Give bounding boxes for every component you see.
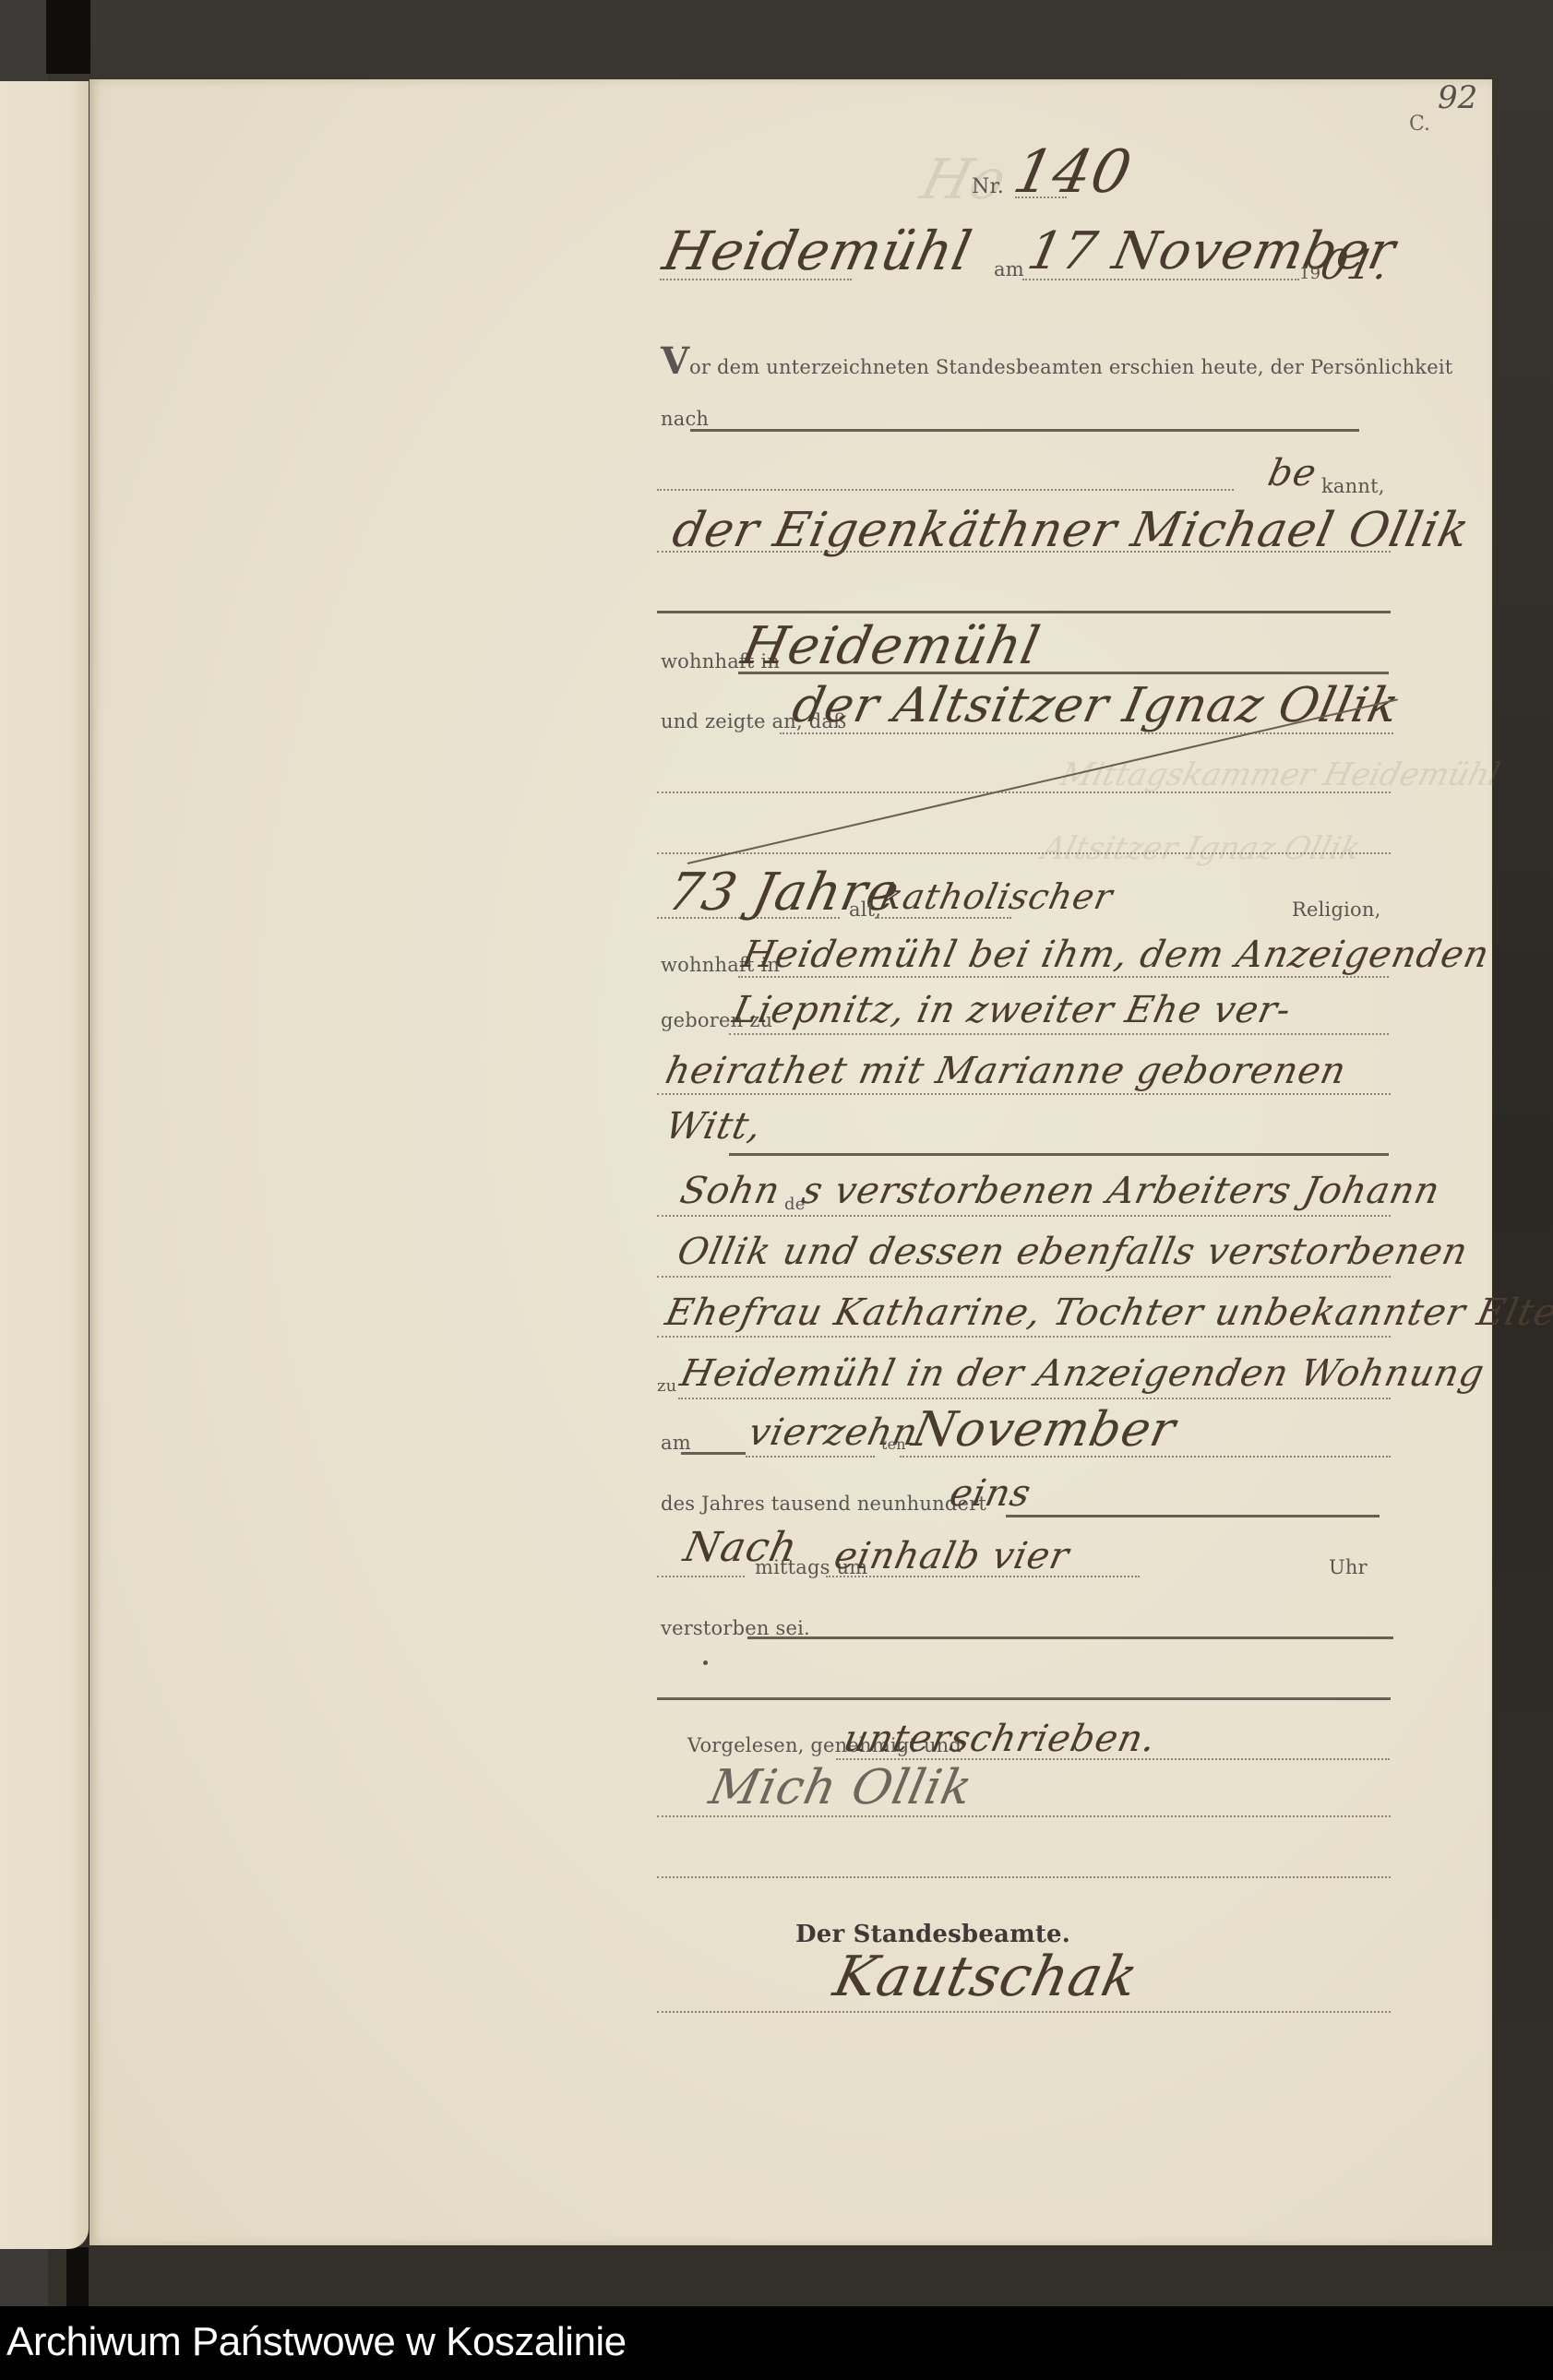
blank-signature-line [657,1876,1391,1878]
record-number-label: Nr. [972,175,1004,198]
intro-dropcap: V [661,339,689,383]
death-date-label: am [661,1432,691,1454]
archive-name: Archiwum Państwowe w Koszalinie [6,2319,627,2365]
separator-line [657,611,1391,613]
end-line [657,1697,1391,1700]
bekannt-handwriting: be [1264,452,1320,494]
religion-line [875,917,1011,919]
registrar-signature: Kautschak [829,1945,1144,2009]
spouse-name-line [729,1153,1389,1156]
book-spine-bottom [66,2247,89,2306]
intro-paragraph: Vor dem unterzeichneten Standesbeamten e… [661,339,1452,383]
parents-text-3: Ehefrau Katharine, Tochter unbekannter E… [662,1291,1553,1334]
parents-text-1: s verstorbenen Arbeiters Johann [798,1170,1444,1212]
deceased-residence: Heidemühl bei ihm, dem Anzeigenden [738,934,1493,976]
record-place: Heidemühl [658,220,978,282]
death-month: November [908,1402,1181,1458]
parents-line-2 [657,1276,1391,1278]
residence-value: Heidemühl [736,616,1045,676]
bekannt-label: kannt, [1321,475,1385,497]
registrar-signature-line [657,2011,1391,2013]
death-hour: einhalb vier [830,1535,1073,1577]
informant-signature-line [657,1815,1391,1817]
parents-line-3 [657,1336,1391,1338]
death-day-line [746,1456,875,1458]
time-of-day-line [657,1576,745,1577]
signed-word: unterschrieben. [840,1718,1160,1760]
deceased-line-extension [747,1636,1393,1639]
folio-number: 92 [1438,79,1477,116]
book-spine-top [46,0,90,74]
ink-dot [703,1660,708,1665]
death-year-line [1006,1515,1380,1517]
death-year-label: des Jahres tausend neunhundert [661,1493,986,1515]
informant-name: der Eigenkäthner Michael Ollik [668,503,1475,558]
place-of-death: Heidemühl in der Anzeigenden Wohnung [676,1352,1488,1395]
death-year: eins [946,1472,1035,1515]
page-gutter [90,79,92,2245]
date-prefix: am [994,258,1024,280]
intro-text: or dem unterzeichneten Standesbeamten er… [689,356,1452,378]
deceased-religion: katholischer [877,876,1117,917]
deceased-residence-line [738,976,1389,978]
marriage-line [657,1093,1391,1095]
ordinal-suffix: ten [881,1435,906,1453]
folio-letter: C. [1409,113,1430,136]
deceased-name: der Altsitzer Ignaz Ollik [788,678,1404,733]
record-year: 01. [1317,242,1394,289]
marriage-value: heirathet mit Marianne geborenen [662,1050,1350,1092]
place-of-death-label: zu [657,1376,676,1396]
previous-page-edge [0,81,89,2249]
informant-signature: Mich Ollik [705,1760,978,1815]
parents-line-1 [657,1215,1391,1217]
nach-label: nach [661,408,709,430]
birthplace-value: Liepnitz, in zweiter Ehe ver- [729,989,1295,1031]
son-of-label: Sohn [676,1170,784,1212]
religion-label: Religion, [1292,898,1380,921]
place-of-death-line [678,1398,1391,1399]
bekannt-line [657,489,1234,491]
birthplace-line [729,1033,1389,1035]
uhr-label: Uhr [1329,1556,1368,1578]
bleed-through-text: Altsitzer Ignaz Ollik [1038,830,1364,867]
spouse-maiden-name: Witt, [662,1105,766,1148]
parents-text-2: Ollik und dessen ebenfalls verstorbenen [674,1231,1472,1273]
blank-line [657,791,1391,793]
register-page [90,79,1492,2245]
blank-line [657,852,1391,854]
record-number: 140 [1008,138,1138,207]
nach-line [690,429,1359,432]
archive-footer-bar: Archiwum Państwowe w Koszalinie [0,2306,1553,2380]
death-day-dash [681,1452,746,1455]
